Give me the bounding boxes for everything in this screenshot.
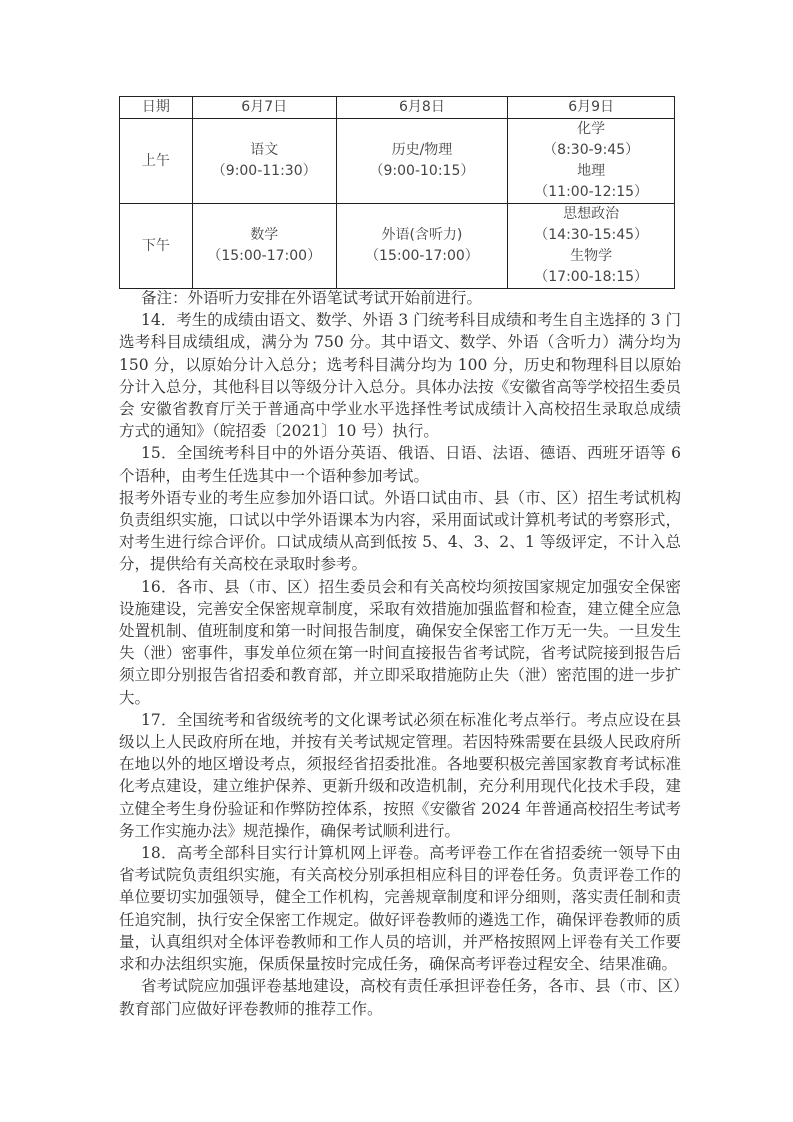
paragraph-number: 17．: [141, 711, 177, 729]
subject-name: 思想政治: [508, 204, 674, 225]
header-date-label: 日期: [120, 97, 193, 119]
paragraph-15: 15．全国统考科目中的外语分英语、俄语、日语、法语、德语、西班牙语等 6 个语种…: [119, 442, 681, 486]
paragraph-number: 15．: [141, 444, 177, 462]
subject-name: 语文: [193, 140, 336, 161]
subject-time: （14:30-15:45）: [508, 225, 674, 246]
paragraph-text: 全国统考科目中的外语分英语、俄语、日语、法语、德语、西班牙语等 6 个语种，由考…: [119, 444, 681, 484]
document-page: 日期 6月7日 6月8日 6月9日 上午 语文 （9:00-11:30） 历史/…: [0, 0, 793, 1122]
subject-name: 生物学: [508, 246, 674, 267]
document-body: 备注：外语听力安排在外语笔试考试开始前进行。 14．考生的成绩由语文、数学、外语…: [119, 287, 681, 1020]
subject-time: （17:00-18:15）: [508, 267, 674, 288]
paragraph-text: 全国统考和省级统考的文化课考试必须在标准化考点举行。考点应设在县级以上人民政府所…: [119, 711, 681, 840]
paragraph-number: 14．: [141, 311, 176, 329]
paragraph-18-grading-base: 省考试院应加强评卷基地建设，高校有责任承担评卷任务，各市、县（市、区）教育部门应…: [119, 975, 681, 1019]
paragraph-17: 17．全国统考和省级统考的文化课考试必须在标准化考点举行。考点应设在县级以上人民…: [119, 709, 681, 842]
cell-morning-june-8: 历史/物理 （9:00-10:15）: [336, 119, 508, 204]
subject-time: （15:00-17:00）: [337, 246, 508, 267]
subject-name: 地理: [508, 161, 674, 182]
paragraph-text: 各市、县（市、区）招生委员会和有关高校均须按国家规定加强安全保密设施建设，完善安…: [119, 578, 681, 707]
paragraph-number: 18．: [141, 844, 177, 862]
paragraph-text: 考生的成绩由语文、数学、外语 3 门统考科目成绩和考生自主选择的 3 门选考科目…: [119, 311, 681, 440]
period-morning: 上午: [120, 119, 193, 204]
header-june-8: 6月8日: [336, 97, 508, 119]
subject-time: （15:00-17:00）: [193, 246, 336, 267]
table-row-morning: 上午 语文 （9:00-11:30） 历史/物理 （9:00-10:15） 化学…: [120, 119, 675, 204]
table-header-row: 日期 6月7日 6月8日 6月9日: [120, 97, 675, 119]
paragraph-14: 14．考生的成绩由语文、数学、外语 3 门统考科目成绩和考生自主选择的 3 门选…: [119, 309, 681, 442]
cell-morning-june-9: 化学 （8:30-9:45） 地理 （11:00-12:15）: [508, 119, 675, 204]
paragraph-number: 16．: [141, 578, 177, 596]
paragraph-text: 高考全部科目实行计算机网上评卷。高考评卷工作在省招委统一领导下由省考试院负责组织…: [119, 844, 681, 973]
period-afternoon: 下午: [120, 204, 193, 289]
subject-name: 外语(含听力): [337, 225, 508, 246]
cell-morning-june-7: 语文 （9:00-11:30）: [192, 119, 336, 204]
subject-time: （9:00-11:30）: [193, 161, 336, 182]
header-june-9: 6月9日: [508, 97, 675, 119]
subject-time: （9:00-10:15）: [337, 161, 508, 182]
table-row-afternoon: 下午 数学 （15:00-17:00） 外语(含听力) （15:00-17:00…: [120, 204, 675, 289]
paragraph-16: 16．各市、县（市、区）招生委员会和有关高校均须按国家规定加强安全保密设施建设，…: [119, 576, 681, 709]
subject-name: 历史/物理: [337, 140, 508, 161]
subject-name: 数学: [193, 225, 336, 246]
paragraph-15-oral-exam: 报考外语专业的考生应参加外语口试。外语口试由市、县（市、区）招生考试机构负责组织…: [119, 487, 681, 576]
subject-time: （8:30-9:45）: [508, 140, 674, 161]
exam-schedule-table: 日期 6月7日 6月8日 6月9日 上午 语文 （9:00-11:30） 历史/…: [119, 96, 675, 289]
paragraph-18: 18．高考全部科目实行计算机网上评卷。高考评卷工作在省招委统一领导下由省考试院负…: [119, 842, 681, 975]
cell-afternoon-june-9: 思想政治 （14:30-15:45） 生物学 （17:00-18:15）: [508, 204, 675, 289]
subject-name: 化学: [508, 119, 674, 140]
paragraph-text: 报考外语专业的考生应参加外语口试。外语口试由市、县（市、区）招生考试机构负责组织…: [119, 489, 681, 574]
cell-afternoon-june-8: 外语(含听力) （15:00-17:00）: [336, 204, 508, 289]
subject-time: （11:00-12:15）: [508, 182, 674, 203]
cell-afternoon-june-7: 数学 （15:00-17:00）: [192, 204, 336, 289]
header-june-7: 6月7日: [192, 97, 336, 119]
paragraph-text: 省考试院应加强评卷基地建设，高校有责任承担评卷任务，各市、县（市、区）教育部门应…: [119, 977, 681, 1017]
table-note: 备注：外语听力安排在外语笔试考试开始前进行。: [119, 287, 681, 309]
